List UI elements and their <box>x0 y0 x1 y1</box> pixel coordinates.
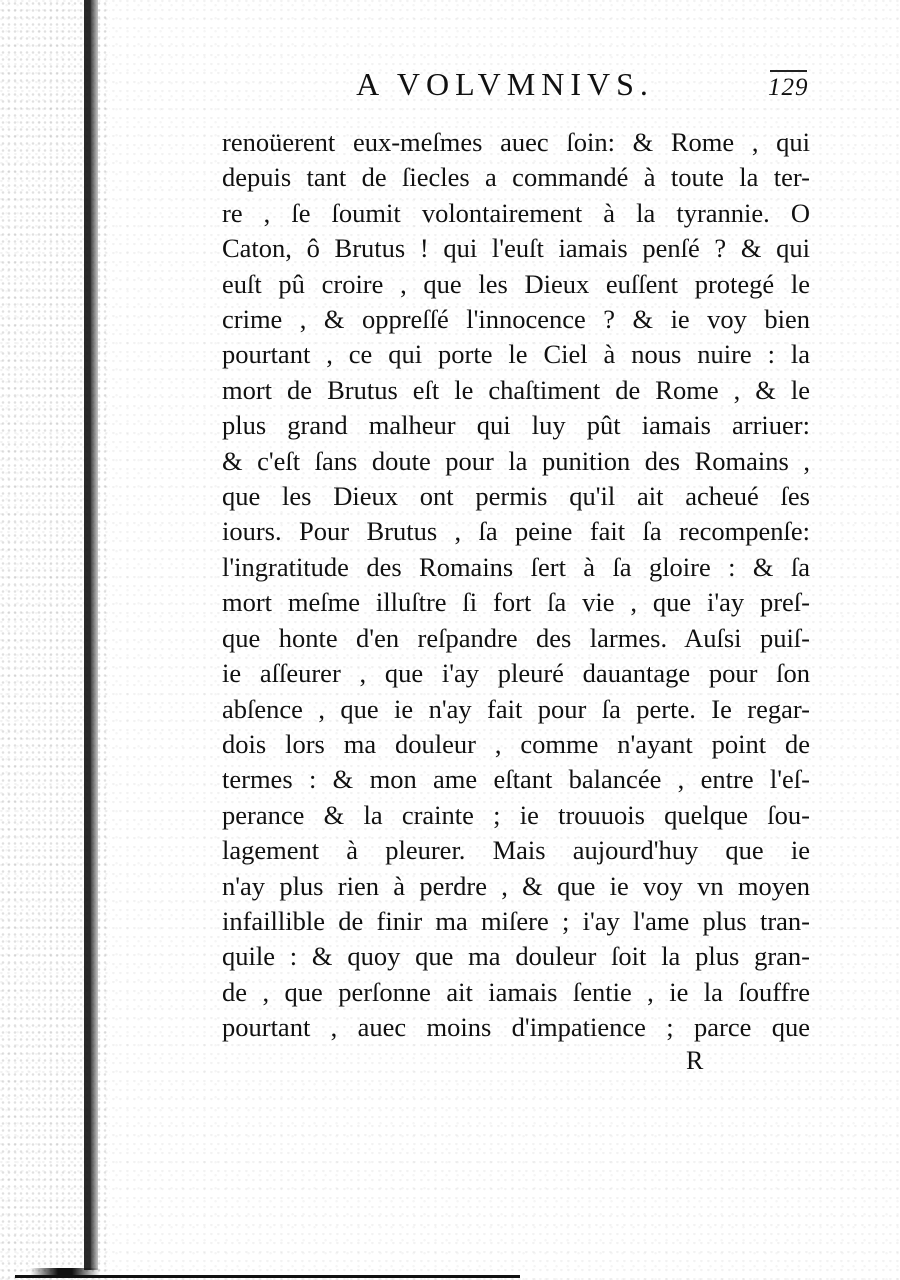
text-line: que honte d'en reſpandre des larmes. Auſ… <box>222 621 810 656</box>
page-number: 129 <box>768 74 809 102</box>
text-line: re , ſe ſoumit volontairement à la tyran… <box>222 196 810 231</box>
text-line: plus grand malheur qui luy pût iamais ar… <box>222 408 810 443</box>
text-line: pourtant , ce qui porte le Ciel à nous n… <box>222 337 810 372</box>
text-line: renoüerent eux-meſmes auec ſoin: & Rome … <box>222 125 810 160</box>
text-line: perance & la crainte ; ie trouuois quelq… <box>222 798 810 833</box>
text-line: pourtant , auec moins d'impatience ; par… <box>222 1010 810 1045</box>
text-line: & c'eſt ſans doute pour la punition des … <box>222 444 810 479</box>
text-line: n'ay plus rien à perdre , & que ie voy v… <box>222 869 810 904</box>
text-line: Caton, ô Brutus ! qui l'euſt iamais penſ… <box>222 231 810 266</box>
signature-mark: R <box>686 1046 703 1076</box>
text-line: que les Dieux ont permis qu'il ait acheu… <box>222 479 810 514</box>
text-line: ie aſſeurer , que i'ay pleuré dauantage … <box>222 656 810 691</box>
running-head: A VOLVMNIVS. <box>340 66 670 103</box>
text-line: termes : & mon ame eſtant balancée , ent… <box>222 762 810 797</box>
text-line: l'ingratitude des Romains ſert à ſa gloi… <box>222 550 810 585</box>
text-line: euſt pû croire , que les Dieux euſſent p… <box>222 267 810 302</box>
text-line: quile : & quoy que ma douleur ſoit la pl… <box>222 939 810 974</box>
text-line: abſence , que ie n'ay fait pour ſa perte… <box>222 692 810 727</box>
body-text: renoüerent eux-meſmes auec ſoin: & Rome … <box>222 125 812 1046</box>
text-line: iours. Pour Brutus , ſa peine fait ſa re… <box>222 514 810 549</box>
text-line: depuis tant de ſiecles a commandé à tout… <box>222 160 810 195</box>
text-line: mort meſme illuſtre ſi fort ſa vie , que… <box>222 585 810 620</box>
binding-gutter-line <box>84 0 98 1270</box>
text-line: dois lors ma douleur , comme n'ayant poi… <box>222 727 810 762</box>
text-line: mort de Brutus eſt le chaſtiment de Rome… <box>222 373 810 408</box>
page-bottom-edge <box>15 1275 520 1278</box>
scanned-book-page: A VOLVMNIVS. 129 renoüerent eux-meſmes a… <box>0 0 900 1280</box>
text-line: de , que perſonne ait iamais ſentie , ie… <box>222 975 810 1010</box>
text-line: infaillible de finir ma miſere ; i'ay l'… <box>222 904 810 939</box>
text-line: lagement à pleurer. Mais aujourd'huy que… <box>222 833 810 868</box>
text-line: crime , & oppreſſé l'innocence ? & ie vo… <box>222 302 810 337</box>
